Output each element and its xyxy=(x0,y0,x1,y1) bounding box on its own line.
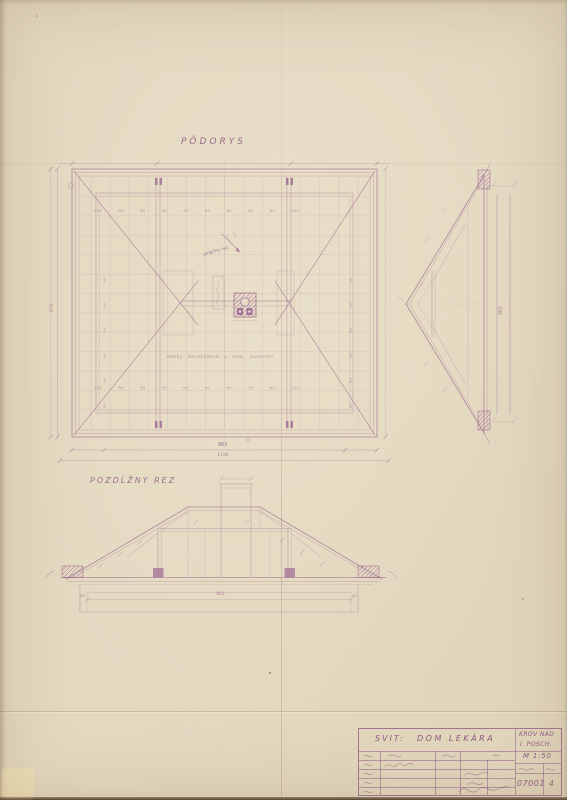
drawing-canvas xyxy=(0,0,567,800)
long-dim-end-right: 45 xyxy=(352,595,356,599)
title-block-handwriting xyxy=(359,729,561,795)
plan-title: PÔDORYS xyxy=(181,138,246,148)
plan-dim-row-bottom: 100 90 90 90 90 90 90 90 90 100 xyxy=(94,386,360,390)
long-dim-end-left: 45 xyxy=(80,595,84,599)
plan-dim-inner: 965 xyxy=(218,443,228,449)
plan-dim-left: 970 xyxy=(51,303,56,312)
plan-label-box xyxy=(213,276,224,309)
long-dim-span: 965 xyxy=(216,593,225,598)
long-section-title: POZDĹŽNY REZ xyxy=(90,477,176,486)
wall-plate-block xyxy=(478,170,490,189)
transverse-section-view xyxy=(398,164,517,444)
plan-dim-row-top: 100 90 90 90 43 83 90 90 90 100 xyxy=(94,209,360,213)
paper-speck xyxy=(269,672,271,674)
chimney-section xyxy=(218,479,254,577)
chimney-plan xyxy=(232,293,258,321)
material-note: dosky heraklitové s cem. poterom xyxy=(167,355,273,360)
paper-speck xyxy=(522,598,524,600)
title-block: SVIT: DOM LEKÁRA KROV NAD I. POSCH. M 1:… xyxy=(358,728,562,796)
wall-plate-block xyxy=(478,411,490,430)
scanned-blueprint-page: PÔDORYS POZDĹŽNY REZ priečny rez dosky h… xyxy=(0,0,567,800)
side-dim-height: 965 xyxy=(500,306,505,315)
roof-plan-view xyxy=(48,160,391,463)
paper-speck xyxy=(36,15,38,17)
plan-dim-col-left: 95 90 90 90 90 95 xyxy=(103,278,107,408)
plan-dim-total: 1190 xyxy=(217,454,228,459)
plan-dim-col-right: 95 90 90 90 90 95 xyxy=(349,278,353,408)
